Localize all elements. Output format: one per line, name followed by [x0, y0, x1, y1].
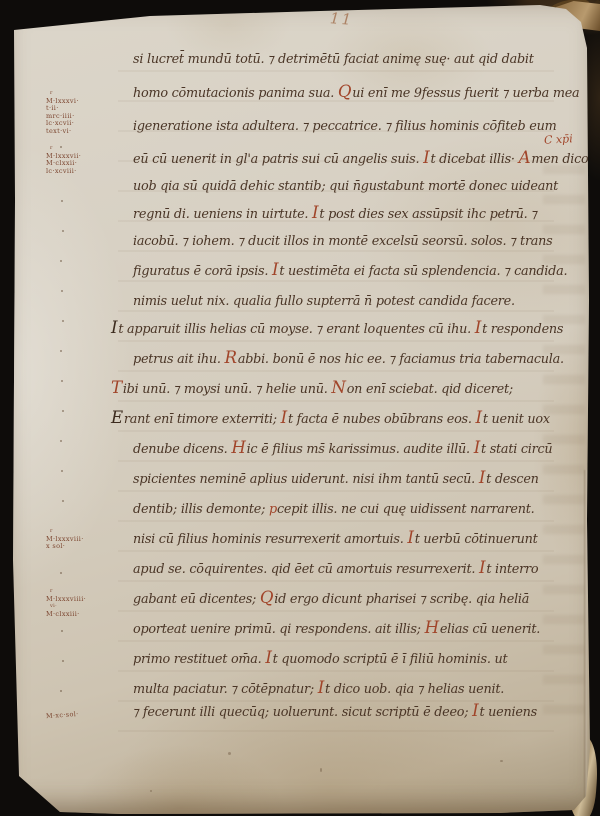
- rubric-initial: I: [265, 648, 271, 667]
- text-segment: denube dicens.: [133, 442, 231, 457]
- manuscript-line: Tibi unū. ⁊ moysi unū. ⁊ helie unū. Non …: [111, 382, 513, 404]
- text-segment: multa paciatur. ⁊ cōtēpnatur;: [133, 682, 318, 697]
- prick-mark: [61, 630, 63, 632]
- canon-reference-note: rM·lxxxviiii·vi·M·clxxiii·: [46, 588, 86, 618]
- rubric-initial: I: [407, 528, 413, 547]
- manuscript-line: igeneratione ista adultera. ⁊ peccatrice…: [133, 119, 556, 141]
- prick-mark: [62, 410, 64, 412]
- prick-mark: [60, 440, 62, 442]
- text-segment: id ergo dicunt pharisei ⁊ scribę. qia he…: [274, 592, 529, 607]
- rubric-initial: R: [225, 348, 237, 367]
- text-segment: t quomodo scriptū ē ī filiū hominis. ut: [273, 652, 508, 667]
- text-segment: t apparuit illis helias cū moyse. ⁊ eran…: [118, 322, 474, 337]
- text-segment: rant enī timore exterriti;: [124, 412, 281, 427]
- text-segment: t ueniens: [479, 705, 537, 720]
- rubric-initial: T: [111, 378, 122, 397]
- text-segment: t post dies sex assūpsit ihc petrū. ⁊: [319, 207, 537, 222]
- prick-mark: [61, 200, 63, 202]
- prick-mark: [61, 380, 63, 382]
- text-segment: figuratus ē corā ipsis.: [133, 264, 272, 279]
- manuscript-line: figuratus ē corā ipsis. It uestimēta ei …: [133, 264, 567, 286]
- manuscript-line: si lucret̄ mundū totū. ⁊ detrimētū facia…: [133, 52, 534, 74]
- canon-reference-note: rM·lxxxviii·x sol·: [46, 528, 84, 551]
- manuscript-line: nisi cū filius hominis resurrexerit amor…: [133, 532, 538, 554]
- prick-mark: [61, 290, 63, 292]
- canon-note-line: text·vi·: [46, 128, 79, 136]
- text-segment: dentib; illis demonte;: [133, 502, 269, 517]
- rubric-initial: I: [475, 408, 481, 427]
- text-segment: igeneratione ista adultera. ⁊ peccatrice…: [133, 119, 556, 134]
- text-segment: primo restituet om̄a.: [133, 652, 265, 667]
- canon-reference-note: M·xc·sol·: [46, 711, 79, 721]
- text-segment: t facta ē nubes obūbrans eos.: [288, 412, 476, 427]
- text-segment: nisi cū filius hominis resurrexerit amor…: [133, 532, 407, 547]
- canon-note-line: M·xc·sol·: [46, 711, 79, 721]
- rubric-initial: H: [231, 438, 245, 457]
- prick-mark: [60, 572, 62, 574]
- text-segment: men dico: [531, 152, 588, 167]
- text-segment: t stati circū: [481, 442, 552, 457]
- text-segment: t uerbū cōtinuerunt: [415, 532, 538, 547]
- text-segment: t dicebat illis·: [430, 152, 518, 167]
- prick-mark: [60, 350, 62, 352]
- rubric-initial: I: [281, 408, 287, 427]
- rubric-initial: I: [312, 203, 318, 222]
- rubric-initial: I: [479, 558, 485, 577]
- text-segment: t interro: [486, 562, 538, 577]
- rubric-initial: p: [269, 502, 277, 517]
- manuscript-photo: 11 si lucret̄ mundū totū. ⁊ detrimētū fa…: [0, 0, 600, 816]
- text-segment: ⁊ fecerunt illi quecūq; uoluerunt. sicut…: [133, 705, 472, 720]
- rubric-initial: N: [331, 378, 345, 397]
- text-segment: t uestimēta ei facta sū splendencia. ⁊ c…: [279, 264, 567, 279]
- canon-reference-note: rM·lxxxvii·M·clxxii·lc·xcviii·: [46, 145, 81, 175]
- rubric-initial: Q: [338, 82, 351, 101]
- prick-mark: [62, 660, 64, 662]
- stain-speck: [320, 768, 322, 772]
- text-segment: regnū di. ueniens in uirtute.: [133, 207, 312, 222]
- text-segment: ic ē filius ms̄ karissimus. audite illū.: [247, 442, 474, 457]
- manuscript-line: multa paciatur. ⁊ cōtēpnatur; It dico uo…: [133, 682, 504, 704]
- canon-note-line: lc·xcviii·: [46, 168, 81, 176]
- manuscript-line: dentib; illis demonte; pcepit illis. ne …: [133, 502, 534, 524]
- manuscript-line: oporteat uenire primū. qi respondens. ai…: [133, 622, 540, 644]
- chapter-mark-rubric: C xp̄i: [544, 132, 573, 146]
- manuscript-line: uob qia sū quidā dehic stantib; qui n̄gu…: [133, 179, 558, 201]
- text-segment: elias cū uenerit.: [440, 622, 540, 637]
- manuscript-line: denube dicens. Hic ē filius ms̄ karissim…: [133, 442, 552, 464]
- manuscript-line: spicientes neminē aplius uiderunt. nisi …: [133, 472, 539, 494]
- prick-mark: [62, 230, 64, 232]
- rubric-initial: I: [472, 701, 478, 720]
- page-crease: [584, 470, 587, 815]
- manuscript-line: nimis uelut nix. qualia fullo supterrā n…: [133, 294, 515, 316]
- text-segment: apud se. cōquirentes. qid ēet cū amortui…: [133, 562, 479, 577]
- prick-mark: [62, 320, 64, 322]
- text-segment: ui enī me 9fessus fuerit ⁊ uerba mea: [352, 86, 579, 101]
- rubric-initial: I: [475, 318, 481, 337]
- text-segment: ibi unū. ⁊ moysi unū. ⁊ helie unū.: [123, 382, 332, 397]
- rubric-initial: A: [519, 148, 531, 167]
- text-segment: I: [111, 318, 117, 337]
- rubric-initial: I: [318, 678, 324, 697]
- manuscript-line: eū cū uenerit in gl'a patris sui cū ange…: [133, 152, 589, 174]
- prick-mark: [60, 690, 62, 692]
- text-segment: iacobū. ⁊ iohem. ⁊ ducit illos in montē …: [133, 234, 553, 249]
- text-segment: gabant eū dicentes;: [133, 592, 260, 607]
- rubric-initial: Q: [260, 588, 273, 607]
- manuscript-line: Erant enī timore exterriti; It facta ē n…: [111, 412, 550, 434]
- canon-note-line: x sol·: [46, 543, 84, 551]
- canon-reference-note: rM·lxxxvi·t·ii·mrc·iiii·lc·xcvii·text·vi…: [46, 90, 79, 136]
- prick-mark: [60, 146, 62, 148]
- manuscript-line: primo restituet om̄a. It quomodo scriptū…: [133, 652, 507, 674]
- manuscript-line: petrus ait ihu. Rabbi. bonū ē nos hic ee…: [133, 352, 564, 374]
- text-segment: homo cōmutacionis panima sua.: [133, 86, 338, 101]
- rubric-initial: H: [425, 618, 439, 637]
- text-segment: oporteat uenire primū. qi respondens. ai…: [133, 622, 425, 637]
- text-segment: E: [111, 408, 123, 427]
- text-segment: t respondens: [482, 322, 563, 337]
- text-segment: uob qia sū quidā dehic stantib; qui n̄gu…: [133, 179, 558, 194]
- text-segment: si lucret̄ mundū totū. ⁊ detrimētū facia…: [133, 52, 534, 67]
- manuscript-line: gabant eū dicentes; Qid ergo dicunt phar…: [133, 592, 529, 614]
- rubric-initial: I: [474, 438, 480, 457]
- rubric-initial: I: [423, 148, 429, 167]
- canon-note-line: M·clxxiii·: [46, 611, 86, 619]
- manuscript-line: ⁊ fecerunt illi quecūq; uoluerunt. sicut…: [133, 705, 537, 727]
- text-segment: abbi. bonū ē nos hic ee. ⁊ faciamus tria…: [238, 352, 564, 367]
- stain-speck: [228, 752, 231, 755]
- prick-mark: [62, 500, 64, 502]
- manuscript-line: homo cōmutacionis panima sua. Qui enī me…: [133, 86, 579, 108]
- rubric-initial: I: [272, 260, 278, 279]
- text-segment: on enī sciebat. qid diceret;: [347, 382, 513, 397]
- parchment-page: 11 si lucret̄ mundū totū. ⁊ detrimētū fa…: [0, 0, 600, 816]
- text-segment: t uenit uox: [483, 412, 550, 427]
- rubric-initial: I: [479, 468, 485, 487]
- text-segment: spicientes neminē aplius uiderunt. nisi …: [133, 472, 479, 487]
- prick-mark: [60, 260, 62, 262]
- text-segment: nimis uelut nix. qualia fullo supterrā n…: [133, 294, 515, 309]
- stain-speck: [150, 790, 152, 792]
- prick-mark: [61, 470, 63, 472]
- manuscript-line: It apparuit illis helias cū moyse. ⁊ era…: [111, 322, 563, 344]
- folio-number: 11: [329, 9, 353, 29]
- manuscript-line: apud se. cōquirentes. qid ēet cū amortui…: [133, 562, 538, 584]
- text-segment: petrus ait ihu.: [133, 352, 225, 367]
- manuscript-line: iacobū. ⁊ iohem. ⁊ ducit illos in montē …: [133, 234, 553, 256]
- text-segment: t dico uob. qia ⁊ helias uenit.: [325, 682, 504, 697]
- text-segment: eū cū uenerit in gl'a patris sui cū ange…: [133, 152, 423, 167]
- canon-note-line: M·lxxxviiii·: [46, 596, 86, 604]
- text-segment: cepit illis. ne cui quę uidissent narrar…: [277, 502, 535, 517]
- text-segment: t descen: [486, 472, 539, 487]
- manuscript-line: regnū di. ueniens in uirtute. It post di…: [133, 207, 537, 229]
- stain-speck: [500, 760, 503, 762]
